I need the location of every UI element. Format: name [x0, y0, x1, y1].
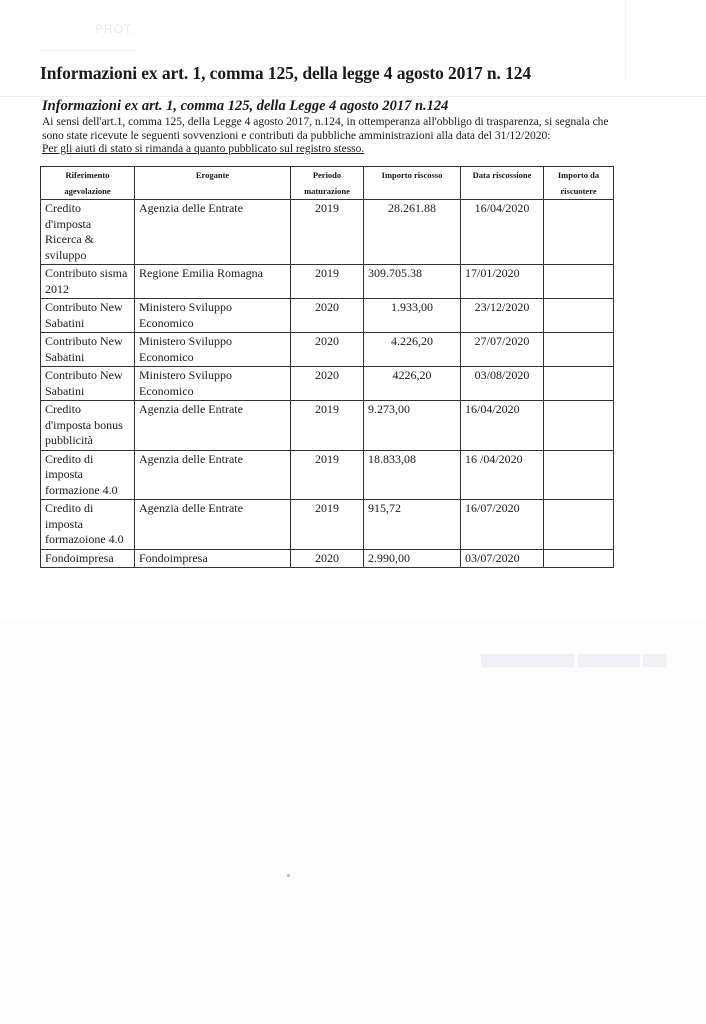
cell-data-riscossione: 16/04/2020 — [461, 200, 544, 265]
cell-erogante: Ministero Sviluppo Economico — [135, 299, 291, 333]
cell-riferimento: Contributo New Sabatini — [41, 299, 135, 333]
cell-data-riscossione: 16/04/2020 — [461, 401, 544, 451]
cell-data-riscossione: 23/12/2020 — [461, 299, 544, 333]
scan-edge — [625, 0, 626, 80]
cell-riferimento: Contributo New Sabatini — [41, 367, 135, 401]
cell-importo-da-riscuotere — [544, 333, 614, 367]
cell-riferimento: Credito d'imposta Ricerca & sviluppo — [41, 200, 135, 265]
cell-importo-riscosso: 4.226,20 — [364, 333, 461, 367]
cell-data-riscossione: 16/07/2020 — [461, 500, 544, 550]
cell-erogante: Fondoimpresa — [135, 549, 291, 568]
cell-periodo: 2020 — [291, 299, 364, 333]
intro-line-2: sono state ricevute le seguenti sovvenzi… — [42, 130, 632, 144]
cell-importo-riscosso: 4226,20 — [364, 367, 461, 401]
cell-erogante: Agenzia delle Entrate — [135, 450, 291, 500]
table-row: Contributo New SabatiniMinistero Svilupp… — [41, 333, 614, 367]
cell-riferimento: Credito d'imposta bonus pubblicità — [41, 401, 135, 451]
cell-periodo: 2020 — [291, 549, 364, 568]
cell-periodo: 2019 — [291, 500, 364, 550]
cell-riferimento: Fondoimpresa — [41, 549, 135, 568]
cell-importo-riscosso: 28.261.88 — [364, 200, 461, 265]
table-row: Contributo New SabatiniMinistero Svilupp… — [41, 299, 614, 333]
table-row: Credito d'imposta bonus pubblicitàAgenzi… — [41, 401, 614, 451]
cell-importo-riscosso: 915,72 — [364, 500, 461, 550]
cell-riferimento: Credito di imposta formazoione 4.0 — [41, 500, 135, 550]
header-importo-da-riscuotere: Importo da riscuotere — [544, 167, 614, 200]
cell-erogante: Agenzia delle Entrate — [135, 500, 291, 550]
header-importo-riscosso: Importo riscosso — [364, 167, 461, 200]
faint-line — [40, 50, 135, 51]
table-row: Credito d'imposta Ricerca & sviluppoAgen… — [41, 200, 614, 265]
cell-data-riscossione: 03/08/2020 — [461, 367, 544, 401]
page-title: Informazioni ex art. 1, comma 125, della… — [40, 63, 531, 84]
table-header-row: Riferimento agevolazione Erogante Period… — [41, 167, 614, 200]
table-row: Contributo sisma 2012Regione Emilia Roma… — [41, 265, 614, 299]
cell-importo-da-riscuotere — [544, 299, 614, 333]
table-row: Credito di imposta formazoione 4.0Agenzi… — [41, 500, 614, 550]
aid-table: Riferimento agevolazione Erogante Period… — [40, 166, 614, 568]
cell-importo-da-riscuotere — [544, 401, 614, 451]
cell-importo-riscosso: 2.990,00 — [364, 549, 461, 568]
cell-data-riscossione: 27/07/2020 — [461, 333, 544, 367]
header-data-riscossione: Data riscossione — [461, 167, 544, 200]
header-riferimento: Riferimento agevolazione — [41, 167, 135, 200]
cell-erogante: Agenzia delle Entrate — [135, 200, 291, 265]
header-erogante: Erogante — [135, 167, 291, 200]
cell-periodo: 2019 — [291, 401, 364, 451]
table-row: FondoimpresaFondoimpresa20202.990,0003/0… — [41, 549, 614, 568]
cell-importo-da-riscuotere — [544, 450, 614, 500]
section-title: Informazioni ex art. 1, comma 125, della… — [42, 98, 448, 115]
cell-riferimento: Credito di imposta formazione 4.0 — [41, 450, 135, 500]
state-aid-note: Per gli aiuti di stato si rimanda a quan… — [42, 143, 632, 157]
cell-periodo: 2020 — [291, 367, 364, 401]
header-periodo: Periodo maturazione — [291, 167, 364, 200]
cell-erogante: Agenzia delle Entrate — [135, 401, 291, 451]
bleed-through-text: ███ ████████ ████████████ — [481, 655, 666, 667]
cell-importo-da-riscuotere — [544, 549, 614, 568]
table-row: Contributo New SabatiniMinistero Svilupp… — [41, 367, 614, 401]
cell-importo-riscosso: 18.833,08 — [364, 450, 461, 500]
intro-text: Ai sensi dell'art.1, comma 125, della Le… — [42, 116, 632, 157]
cell-data-riscossione: 03/07/2020 — [461, 549, 544, 568]
cell-importo-da-riscuotere — [544, 367, 614, 401]
table-row: Credito di imposta formazione 4.0Agenzia… — [41, 450, 614, 500]
blank-lower-area — [0, 622, 706, 1024]
cell-importo-da-riscuotere — [544, 500, 614, 550]
cell-periodo: 2019 — [291, 200, 364, 265]
intro-line-1: Ai sensi dell'art.1, comma 125, della Le… — [42, 116, 632, 130]
scan-speck — [287, 874, 290, 877]
cell-erogante: Ministero Sviluppo Economico — [135, 333, 291, 367]
cell-data-riscossione: 16 /04/2020 — [461, 450, 544, 500]
cell-importo-da-riscuotere — [544, 265, 614, 299]
cell-erogante: Ministero Sviluppo Economico — [135, 367, 291, 401]
cell-periodo: 2019 — [291, 450, 364, 500]
cell-erogante: Regione Emilia Romagna — [135, 265, 291, 299]
cell-riferimento: Contributo New Sabatini — [41, 333, 135, 367]
cell-data-riscossione: 17/01/2020 — [461, 265, 544, 299]
faint-protocol-stamp: PROT. — [95, 22, 135, 36]
divider — [0, 96, 706, 97]
scanned-page: PROT. Informazioni ex art. 1, comma 125,… — [0, 0, 706, 1024]
cell-importo-da-riscuotere — [544, 200, 614, 265]
cell-periodo: 2019 — [291, 265, 364, 299]
cell-importo-riscosso: 1.933,00 — [364, 299, 461, 333]
cell-importo-riscosso: 309.705.38 — [364, 265, 461, 299]
cell-periodo: 2020 — [291, 333, 364, 367]
cell-importo-riscosso: 9.273,00 — [364, 401, 461, 451]
cell-riferimento: Contributo sisma 2012 — [41, 265, 135, 299]
